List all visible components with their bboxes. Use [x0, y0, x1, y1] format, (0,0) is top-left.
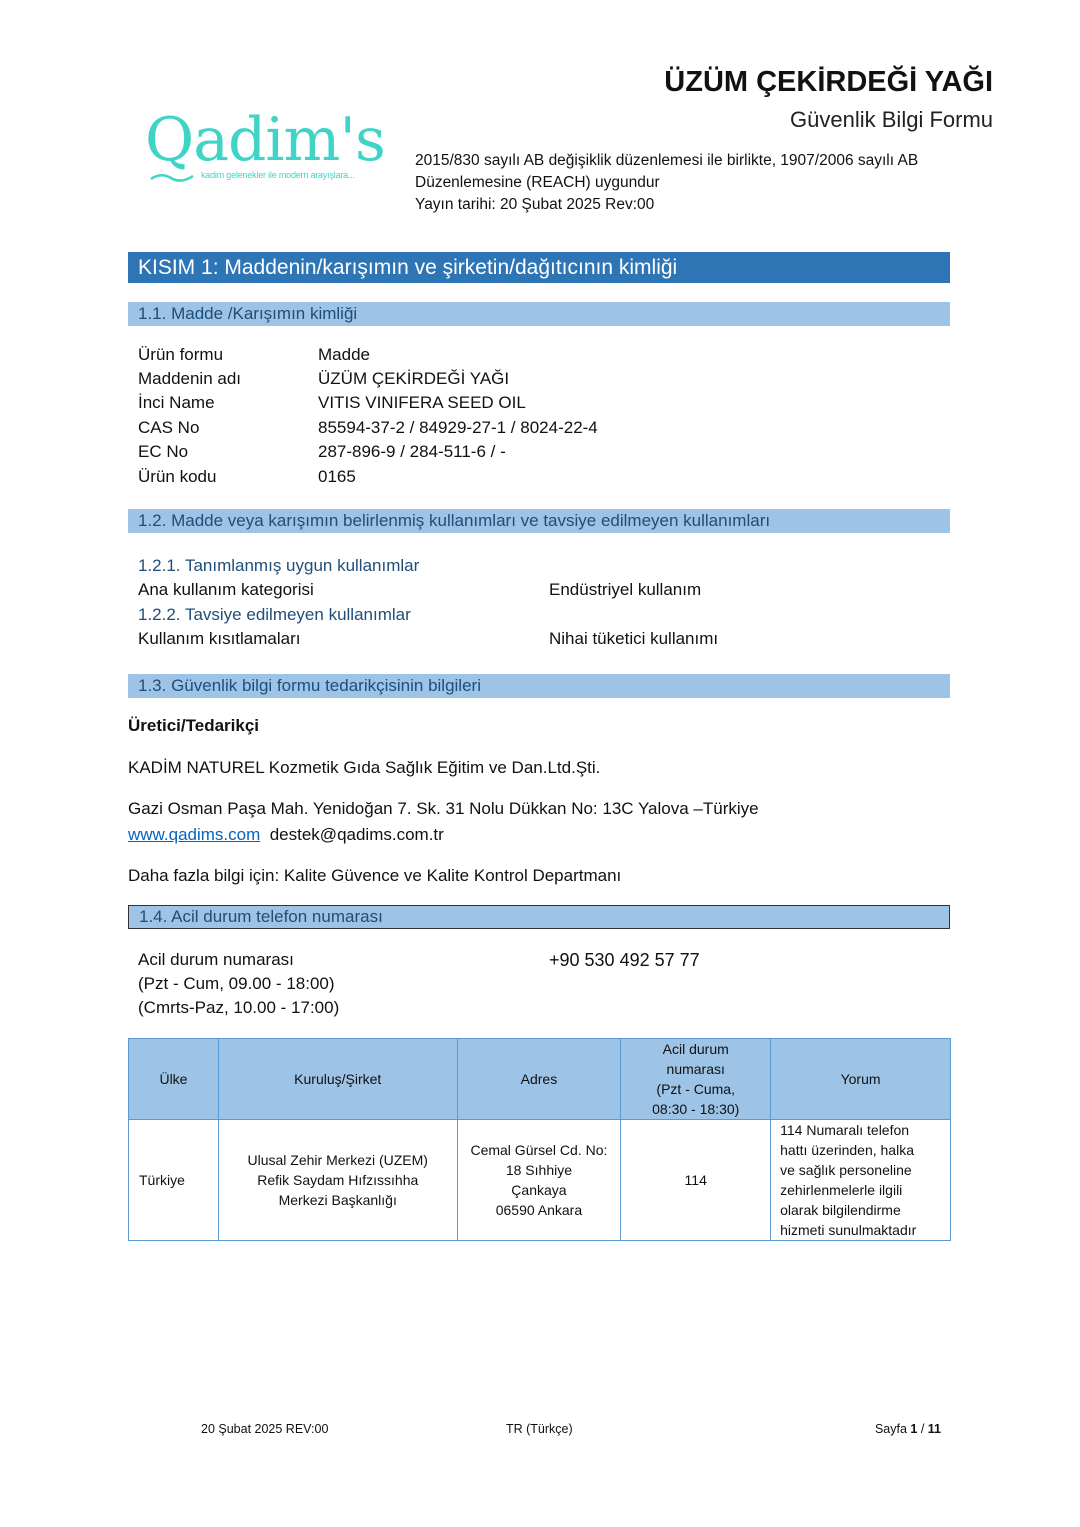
use-restrictions-label: Kullanım kısıtlamaları	[138, 629, 301, 649]
header-emergency-number: Acil durum numarası (Pzt - Cuma, 08:30 -…	[621, 1039, 771, 1120]
logo-wave-icon	[149, 170, 195, 184]
field-value: Madde	[318, 345, 370, 365]
header-line: numarası	[625, 1059, 766, 1079]
main-use-category-label: Ana kullanım kategorisi	[138, 580, 314, 600]
footer-page-number: Sayfa 1 / 11	[875, 1422, 941, 1436]
footer-language: TR (Türkçe)	[506, 1422, 573, 1436]
field-value: 85594-37-2 / 84929-27-1 / 8024-22-4	[318, 418, 598, 438]
cell-line: hattı üzerinden, halka	[780, 1140, 946, 1160]
poison-center-table: Ülke Kuruluş/Şirket Adres Acil durum num…	[128, 1038, 951, 1241]
field-label: İnci Name	[138, 393, 215, 413]
regulation-line-1: 2015/830 sayılı AB değişiklik düzenlemes…	[415, 150, 918, 172]
logo-wordmark: Qadim's	[145, 108, 385, 172]
document-subtitle: Güvenlik Bilgi Formu	[790, 107, 993, 133]
document-title: ÜZÜM ÇEKİRDEĞİ YAĞI	[664, 66, 993, 99]
cell-line: hizmeti sunulmaktadır	[780, 1220, 946, 1240]
regulation-line-2: Düzenlemesine (REACH) uygundur	[415, 172, 918, 194]
company-logo: Qadim's kadim gelenekler ile modern aray…	[145, 108, 385, 188]
regulation-info: 2015/830 sayılı AB değişiklik düzenlemes…	[415, 150, 918, 216]
company-address: Gazi Osman Paşa Mah. Yenidoğan 7. Sk. 31…	[128, 799, 759, 819]
page-total: 11	[928, 1422, 941, 1436]
cell-organization: Ulusal Zehir Merkezi (UZEM) Refik Saydam…	[218, 1120, 457, 1241]
subsection-1-2-heading: 1.2. Madde veya karışımın belirlenmiş ku…	[128, 509, 950, 533]
field-label: Ürün kodu	[138, 467, 216, 487]
contact-email: destek@qadims.com.tr	[270, 825, 444, 844]
footer-date-rev: 20 Şubat 2025 REV:00	[201, 1422, 328, 1436]
emergency-number-label: Acil durum numarası	[138, 950, 294, 970]
cell-line: Çankaya	[462, 1180, 617, 1200]
subsection-1-1-heading: 1.1. Madde /Karışımın kimliği	[128, 302, 950, 326]
weekday-hours: (Pzt - Cum, 09.00 - 18:00)	[138, 974, 335, 994]
subsection-1-3-heading: 1.3. Güvenlik bilgi formu tedarikçisinin…	[128, 674, 950, 698]
header-line: 08:30 - 18:30)	[625, 1099, 766, 1119]
page-prefix: Sayfa	[875, 1422, 910, 1436]
header-country: Ülke	[129, 1039, 219, 1120]
cell-line: Cemal Gürsel Cd. No:	[462, 1140, 617, 1160]
supplier-heading: Üretici/Tedarikçi	[128, 716, 259, 736]
cell-line: Refik Saydam Hıfzıssıhha	[223, 1170, 453, 1190]
header-line: (Pzt - Cuma,	[625, 1079, 766, 1099]
website-link[interactable]: www.qadims.com	[128, 825, 260, 844]
cell-line: Merkezi Başkanlığı	[223, 1190, 453, 1210]
weekend-hours: (Cmrts-Paz, 10.00 - 17:00)	[138, 998, 339, 1018]
section-1-heading: KISIM 1: Maddenin/karışımın ve şirketin/…	[128, 252, 950, 283]
header-organization: Kuruluş/Şirket	[218, 1039, 457, 1120]
table-header-row: Ülke Kuruluş/Şirket Adres Acil durum num…	[129, 1039, 951, 1120]
company-name: KADİM NATUREL Kozmetik Gıda Sağlık Eğiti…	[128, 758, 600, 778]
cell-line: 18 Sıhhiye	[462, 1160, 617, 1180]
cell-line: 114 Numaralı telefon	[780, 1120, 946, 1140]
header-address: Adres	[457, 1039, 621, 1120]
cell-line: olarak bilgilendirme	[780, 1200, 946, 1220]
field-label: CAS No	[138, 418, 199, 438]
cell-line: zehirlenmelerle ilgili	[780, 1180, 946, 1200]
field-value: ÜZÜM ÇEKİRDEĞİ YAĞI	[318, 369, 509, 389]
uses-advised-against-heading: 1.2.2. Tavsiye edilmeyen kullanımlar	[138, 605, 411, 625]
cell-line: 06590 Ankara	[462, 1200, 617, 1220]
header-comment: Yorum	[771, 1039, 951, 1120]
table-row: Türkiye Ulusal Zehir Merkezi (UZEM) Refi…	[129, 1120, 951, 1241]
cell-line: ve sağlık personeline	[780, 1160, 946, 1180]
identified-uses-heading: 1.2.1. Tanımlanmış uygun kullanımlar	[138, 556, 419, 576]
field-value: VITIS VINIFERA SEED OIL	[318, 393, 526, 413]
emergency-phone: +90 530 492 57 77	[549, 950, 700, 971]
cell-comment: 114 Numaralı telefon hattı üzerinden, ha…	[771, 1120, 951, 1241]
main-use-category-value: Endüstriyel kullanım	[549, 580, 701, 600]
logo-tagline: kadim gelenekler ile modern arayışlara..…	[201, 170, 355, 180]
field-value: 287-896-9 / 284-511-6 / -	[318, 442, 506, 462]
header-line: Acil durum	[625, 1039, 766, 1059]
page-separator: /	[917, 1422, 927, 1436]
cell-line: Ulusal Zehir Merkezi (UZEM)	[223, 1150, 453, 1170]
more-info-text: Daha fazla bilgi için: Kalite Güvence ve…	[128, 866, 621, 886]
cell-number: 114	[621, 1120, 771, 1241]
cell-country: Türkiye	[129, 1120, 219, 1241]
issue-date: Yayın tarihi: 20 Şubat 2025 Rev:00	[415, 194, 918, 216]
field-value: 0165	[318, 467, 356, 487]
field-label: Maddenin adı	[138, 369, 241, 389]
field-label: EC No	[138, 442, 188, 462]
subsection-1-4-heading: 1.4. Acil durum telefon numarası	[128, 905, 950, 929]
contact-line: www.qadims.com destek@qadims.com.tr	[128, 825, 444, 845]
use-restrictions-value: Nihai tüketici kullanımı	[549, 629, 718, 649]
cell-address: Cemal Gürsel Cd. No: 18 Sıhhiye Çankaya …	[457, 1120, 621, 1241]
field-label: Ürün formu	[138, 345, 223, 365]
